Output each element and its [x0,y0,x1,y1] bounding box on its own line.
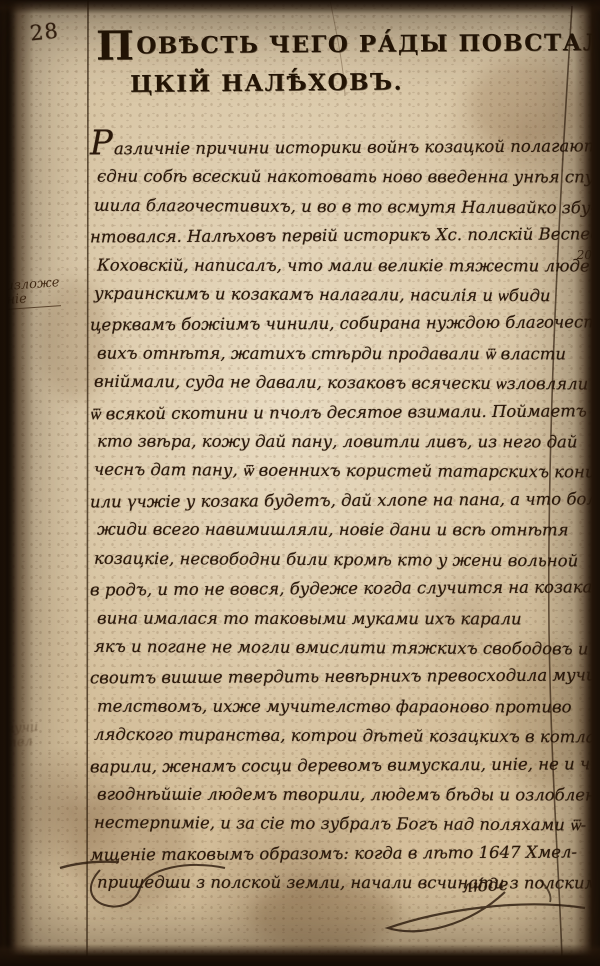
body-line: жиди всего навимишляли, новіе дани и всѣ… [97,515,556,545]
folio-number: 28 [29,19,60,46]
manuscript-photo: 28 ПОВѢСТЬ ЧЕГО РА́ДЫ ПОВСТАЛЪ ХМЕЛНЫ ЦК… [0,0,600,966]
body-line: или үчжіе у козака будетъ, дай хлопе на … [90,484,556,516]
title-line-1: ПОВѢСТЬ ЧЕГО РА́ДЫ ПОВСТАЛЪ ХМЕЛНЫ [96,24,566,65]
photo-edge-top [0,0,600,14]
body-line: своитъ вишше твердить невѣрнихъ превосхо… [90,661,556,693]
body-line: нестерпиміе, и за сіе то зубралъ Богъ на… [94,808,556,840]
photo-edge-left [0,0,34,966]
body-line: вина ималася то таковыми муками ихъ кара… [97,603,556,633]
title-initial-letter: П [96,22,136,69]
body-line: Различніе причини историки войнъ козацко… [90,127,556,164]
body-line: вихъ отнѣтя, жатихъ стѣрди продавали ѿ в… [97,338,556,368]
body-line: вгоднѣйшіе людемъ творили, людемъ бѣды и… [97,780,556,810]
title-line-2: ЦКІЙ НАЛѢ́ХОВЪ. [130,62,566,104]
body-line: козацкіе, несвободни били кромѣ кто у же… [94,543,556,575]
body-line: мщеніе таковымъ образомъ: когда в лѣто 1… [90,837,556,869]
body-line: якъ и погане не могли вмислити тяжкихъ с… [94,632,556,664]
body-line: шила благочестивихъ, и во в то всмутя На… [94,191,556,223]
body-line: церквамъ божіимъ чинили, собирана нуждою… [90,308,556,340]
body-line: варили, женамъ сосци деревомъ вимускали,… [90,749,556,781]
left-rule-line [86,0,88,960]
body-line: Коховскій, написалъ, что мали великіе тя… [97,250,556,280]
photo-edge-bottom [0,944,600,966]
body-line: вніймали, суда не давали, козаковъ всяче… [94,367,556,399]
body-line: чеснъ дат пану, ѿ военнихъ користей тата… [94,455,556,487]
chapter-title: ПОВѢСТЬ ЧЕГО РА́ДЫ ПОВСТАЛЪ ХМЕЛНЫ ЦКІЙ … [96,26,566,102]
manuscript-body: Различніе причини историки войнъ козацко… [94,128,556,898]
body-line: украинскимъ и козакамъ налагали, насилія… [94,279,556,311]
catchword: лю́де [462,875,510,897]
margin-note-faint: мучи тел [3,721,40,751]
flourish-stroke [388,892,585,931]
body-line: нтовался. Налѣховъ первій историкъ Хс. п… [90,220,556,252]
margin-note-izlozhenie: изложе ніе [5,276,61,310]
body-line: лядского тиранства, котрои дѣтей козацки… [94,720,556,752]
body-line: ѿ всякой скотини и пчолъ десятое взимали… [90,396,556,428]
body-line: в родъ, и то не вовся, будеже когда случ… [90,573,556,605]
body-line: телствомъ, ихже мучителство фараоново пр… [97,691,556,721]
margin-note-line: ніе [6,290,61,310]
body-line: єдни собѣ всеский накотовать ново введен… [97,162,556,192]
title-line-1-text: ОВѢСТЬ ЧЕГО РА́ДЫ ПОВСТАЛЪ ХМЕЛНЫ [136,28,600,59]
body-line: кто звѣра, кожу дай пану, ловитли ливъ, … [97,427,556,457]
margin-note-line: тел [4,735,40,751]
photo-edge-left-shadow [6,0,16,966]
